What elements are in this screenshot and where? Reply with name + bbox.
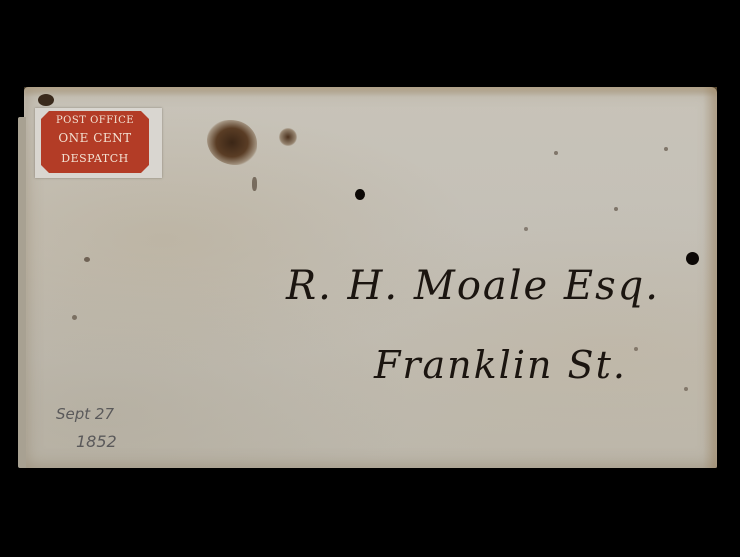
foxing-spot [634,347,638,351]
foxing-spot [554,151,558,155]
stamp-paper: POST OFFICE ONE CENT DESPATCH [35,108,162,178]
foxing-spot [84,257,90,262]
pencil-date: Sept 27 [56,405,114,423]
foxing-spot [614,207,618,211]
foxing-spot [664,147,668,151]
foxing-spot [252,177,257,191]
stamp-text-line2: ONE CENT [41,131,149,145]
hole [686,252,699,265]
postage-stamp: POST OFFICE ONE CENT DESPATCH [41,111,149,173]
foxing-spot [684,387,688,391]
address-street: Franklin St. [374,343,627,387]
foxing-spot [72,315,77,320]
ink-stain [207,120,257,165]
hole [355,189,365,200]
stamp-text-line3: DESPATCH [41,152,149,165]
envelope-top-edge [24,87,717,97]
ink-stain-small [279,128,297,146]
ink-spot [38,94,54,106]
envelope-right-edge [703,87,717,468]
envelope: POST OFFICE ONE CENT DESPATCH R. H. Moal… [24,87,717,468]
address-recipient: R. H. Moale Esq. [286,263,660,309]
foxing-spot [524,227,528,231]
stamp-text-line1: POST OFFICE [41,115,149,126]
pencil-year: 1852 [76,432,117,451]
